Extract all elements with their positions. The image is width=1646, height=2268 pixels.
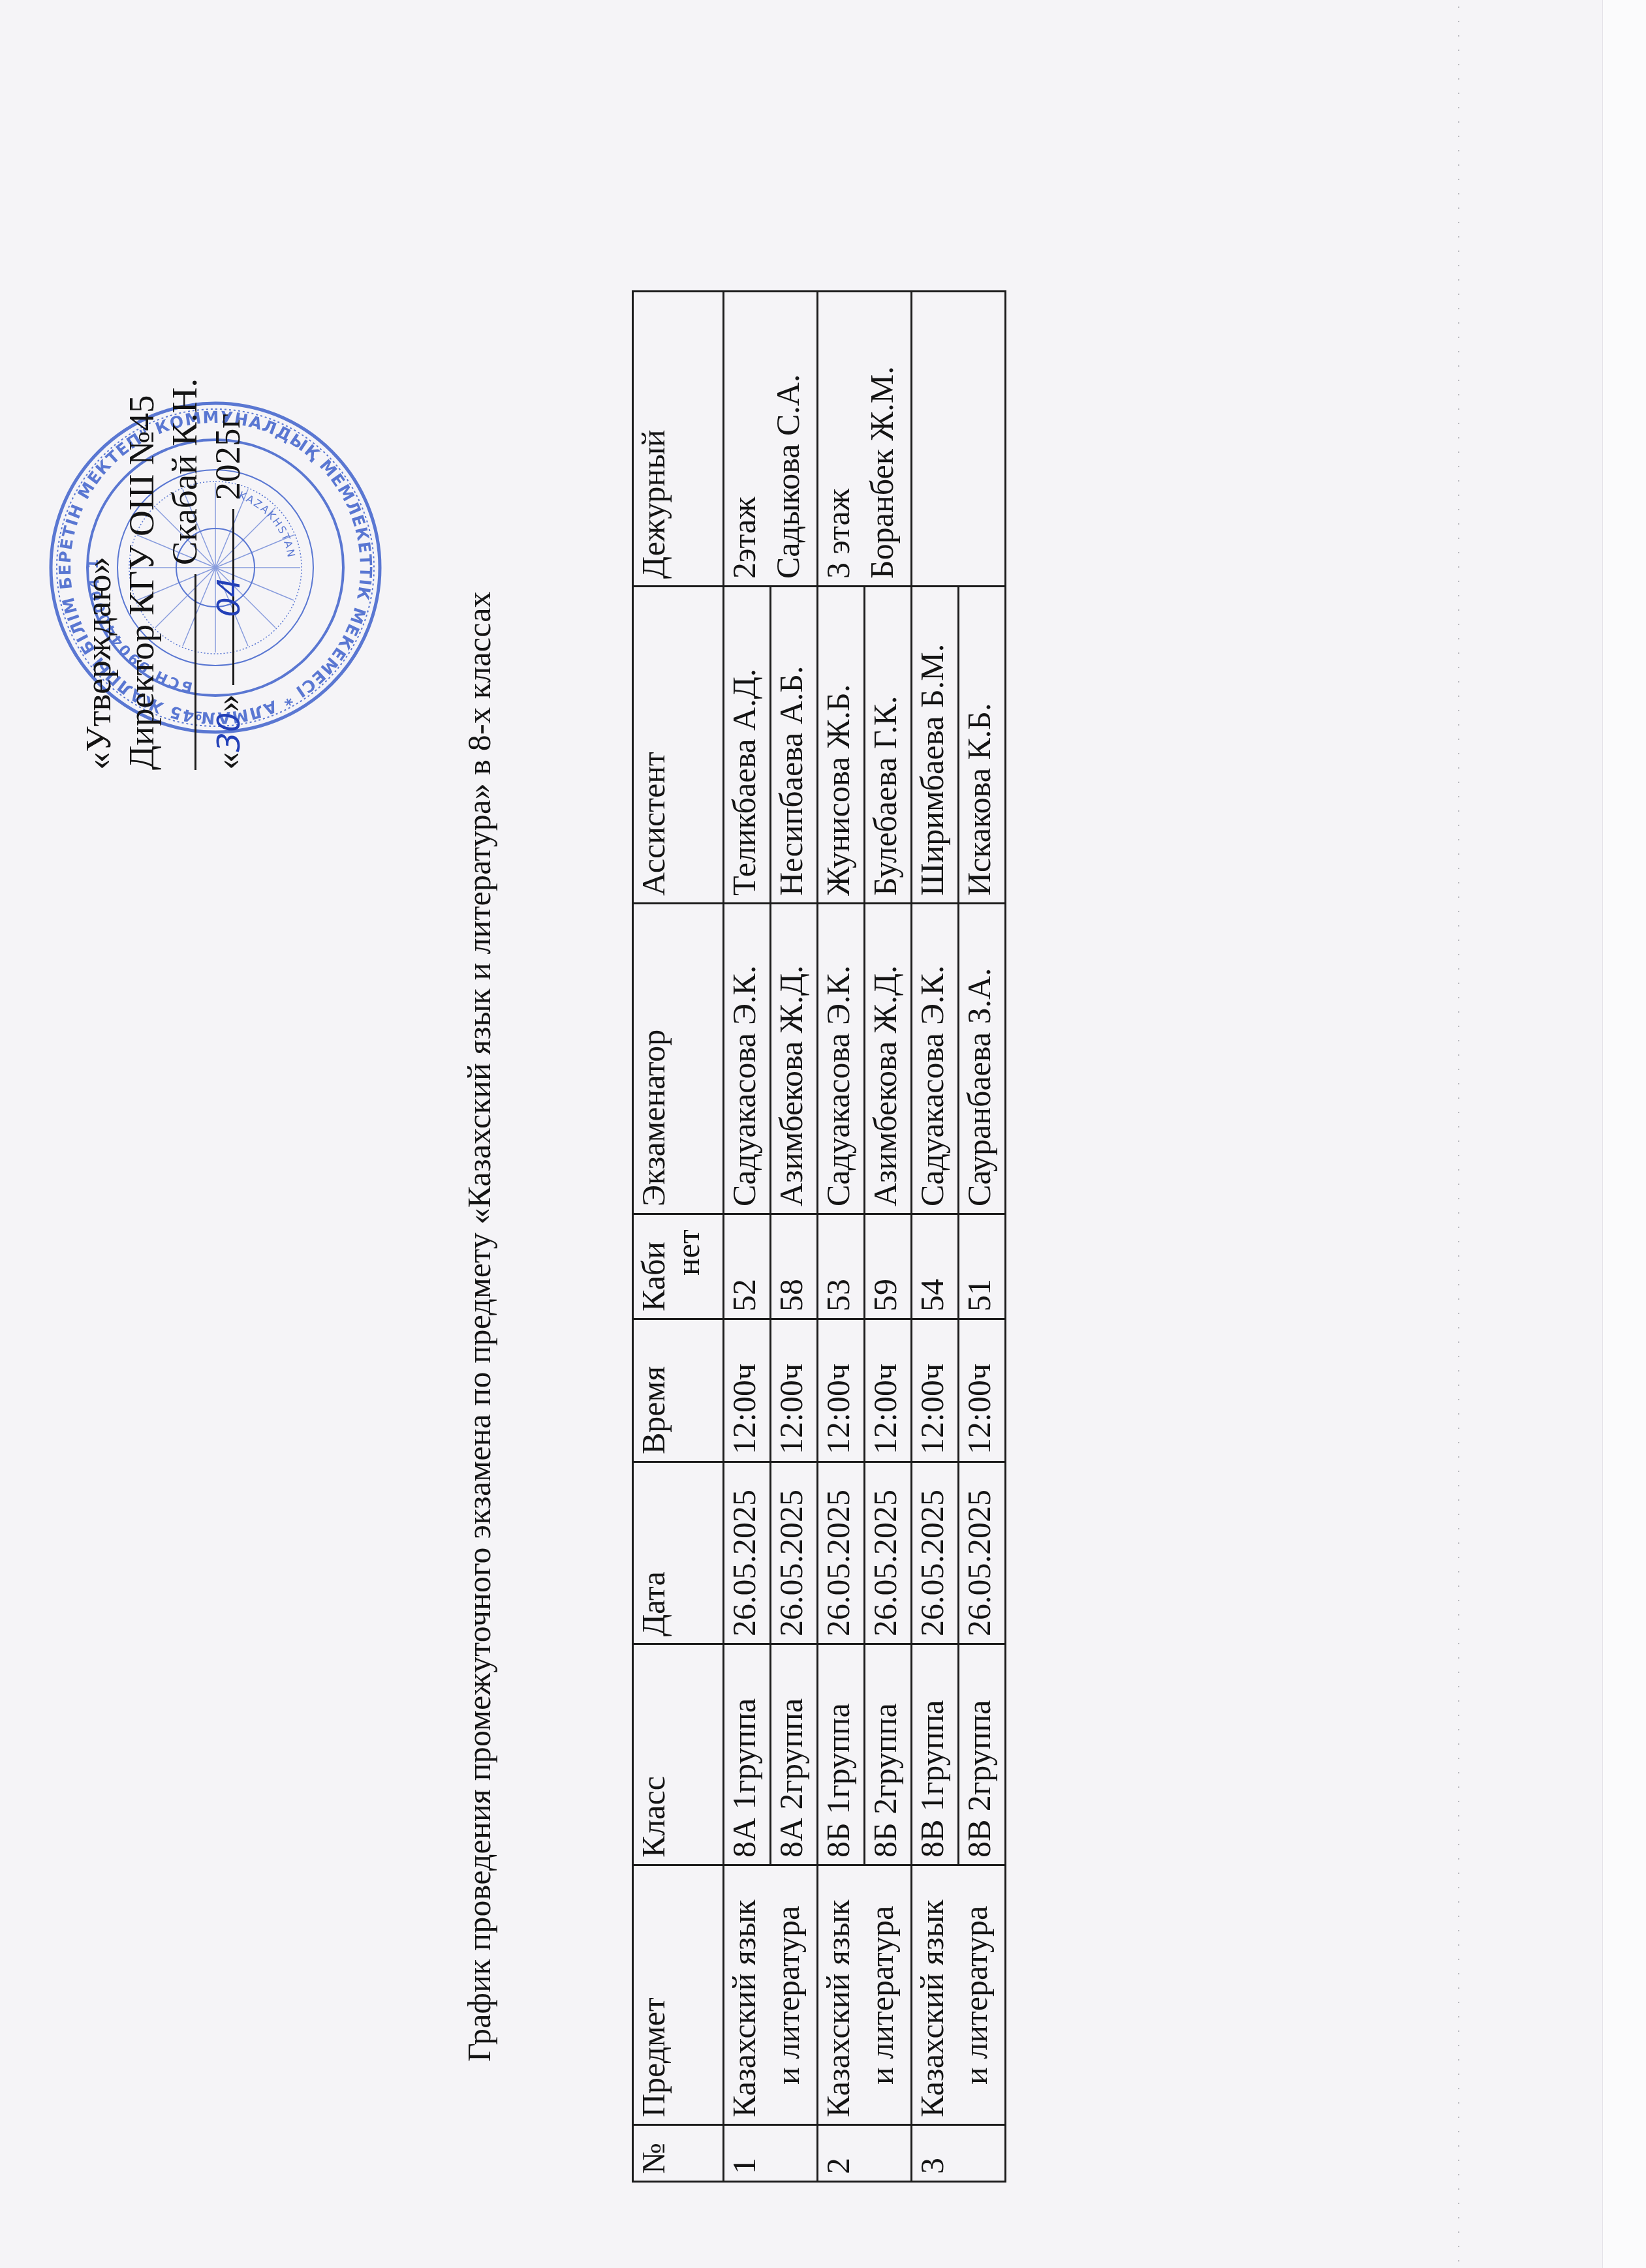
approval-month: 04 [211,577,247,617]
table-header-row: № Предмет Класс Дата Время Каби нет Экза… [633,292,724,2182]
cell-assistant: Искакова К.Б. [959,587,1006,904]
col-header-duty: Дежурный [633,292,724,587]
cell-subject: Казахский языки литература [724,1865,818,2125]
cell-assistant: Несипбаева А.Б. [771,587,818,904]
cell-num: 3 [912,2125,1006,2182]
cell-date: 26.05.2025 [959,1462,1006,1644]
cell-time: 12:00ч [865,1319,912,1462]
cell-room: 53 [818,1214,865,1319]
cell-room: 52 [724,1214,771,1319]
cell-time: 12:00ч [959,1319,1006,1462]
cell-date: 26.05.2025 [818,1462,865,1644]
exam-schedule-table: № Предмет Класс Дата Время Каби нет Экза… [632,290,1006,2183]
col-header-examiner: Экзаменатор [633,904,724,1214]
scanned-document-page: №45 ЖАЛПЫ БІЛІМ БЕРЕТІН МЕКТЕП" КОММУНАЛ… [0,0,1646,2268]
cell-num: 1 [724,2125,818,2182]
col-header-assistant: Ассистент [633,587,724,904]
cell-time: 12:00ч [818,1319,865,1462]
quote-close: » [208,694,247,713]
approval-heading: «Утверждаю» [77,235,120,770]
approval-position: Директор КГУ ОШ №45 [120,235,163,770]
cell-examiner: Садуакасова Э.К. [818,904,865,1214]
cell-class: 8В 2группа [959,1644,1006,1865]
cell-time: 12:00ч [771,1319,818,1462]
col-header-date: Дата [633,1462,724,1644]
cell-class: 8А 1группа [724,1644,771,1865]
scan-artifact-line [1457,0,1460,2268]
cell-assistant: Ширимбаева Б.М. [912,587,959,904]
cell-examiner: Азимбекова Ж.Д. [771,904,818,1214]
subject-line2: и литература [959,1873,993,2117]
table-row: 3Казахский языки литература8В 1группа26.… [912,292,959,2182]
col-header-subject: Предмет [633,1865,724,2125]
subject-line1: Казахский язык [821,1873,856,2117]
cell-assistant: Жунисова Ж.Б. [818,587,865,904]
quote-open: « [208,752,247,771]
room-header-line1: Каби [636,1221,671,1311]
cell-room: 54 [912,1214,959,1319]
duty-floor: 2этаж [727,299,762,579]
cell-time: 12:00ч [724,1319,771,1462]
duty-person: Боранбек Ж.М. [865,299,899,579]
cell-examiner: Азимбекова Ж.Д. [865,904,912,1214]
subject-line2: и литература [771,1873,805,2117]
cell-class: 8Б 1группа [818,1644,865,1865]
cell-room: 59 [865,1214,912,1319]
cell-date: 26.05.2025 [865,1462,912,1644]
col-header-num: № [633,2125,724,2182]
approval-day: 30 [211,712,247,752]
subject-line1: Казахский язык [727,1873,762,2117]
cell-examiner: Садуакасова Э.К. [912,904,959,1214]
cell-examiner: Садуакасова Э.К. [724,904,771,1214]
cell-date: 26.05.2025 [724,1462,771,1644]
col-header-time: Время [633,1319,724,1462]
cell-room: 51 [959,1214,1006,1319]
table-row: 1Казахский языки литература8А 1группа26.… [724,292,771,2182]
cell-subject: Казахский языки литература [912,1865,1006,2125]
duty-floor: 3 этаж [821,299,856,579]
approval-year: 2025г [208,414,247,500]
cell-duty [912,292,1006,587]
cell-class: 8Б 2группа [865,1644,912,1865]
signature-line [168,574,196,770]
cell-subject: Казахский языки литература [818,1865,912,2125]
signatory-name: Скабай К.Н. [164,378,204,565]
cell-class: 8А 2группа [771,1644,818,1865]
subject-line1: Казахский язык [915,1873,950,2117]
col-header-room: Каби нет [633,1214,724,1319]
cell-num: 2 [818,2125,912,2182]
col-header-class: Класс [633,1644,724,1865]
cell-examiner: Сауранбаева З.А. [959,904,1006,1214]
cell-duty: 3 этажБоранбек Ж.М. [818,292,912,587]
cell-class: 8В 1группа [912,1644,959,1865]
cell-room: 58 [771,1214,818,1319]
room-header-line2: нет [671,1221,706,1311]
cell-duty: 2этажСадыкова С.А. [724,292,818,587]
cell-time: 12:00ч [912,1319,959,1462]
scan-page-edge [1602,0,1646,2268]
document-title: График проведения промежуточного экзамен… [460,261,498,2062]
cell-assistant: Теликбаева А.Д. [724,587,771,904]
approval-block: «Утверждаю» Директор КГУ ОШ №45 Скабай К… [77,235,251,770]
cell-assistant: Булебаева Г.К. [865,587,912,904]
table-row: 2Казахский языки литература8Б 1группа26.… [818,292,865,2182]
cell-date: 26.05.2025 [912,1462,959,1644]
duty-person: Садыкова С.А. [771,299,805,579]
cell-date: 26.05.2025 [771,1462,818,1644]
subject-line2: и литература [865,1873,899,2117]
